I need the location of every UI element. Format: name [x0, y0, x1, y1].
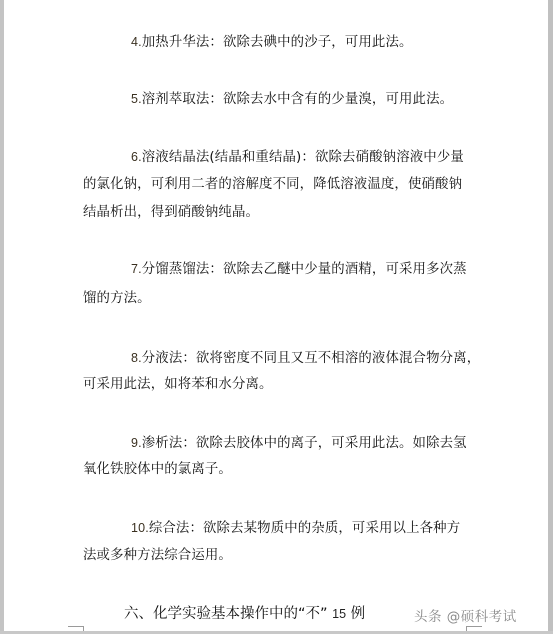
paragraph-item-8-line-2: 可采用此法，如将苯和水分离。	[83, 377, 273, 393]
paragraph-item-10: 10.综合法：欲除去某物质中的杂质，可采用以上各种方	[131, 520, 460, 537]
paragraph-item-7: 7.分馏蒸馏法：欲除去乙醚中少量的酒精，可采用多次蒸	[131, 261, 467, 278]
paragraph-line: 馏的方法。	[83, 291, 151, 306]
item-number: 8.	[131, 351, 142, 365]
paragraph-item-6-line-2: 的氯化钠，可利用二者的溶解度不同，降低溶液温度，使硝酸钠	[83, 177, 462, 193]
paragraph-line: 溶剂萃取法：欲除去水中含有的少量溴，可用此法。	[142, 92, 453, 107]
item-number: 6.	[131, 150, 142, 164]
paragraph-line: 的氯化钠，可利用二者的溶解度不同，降低溶液温度，使硝酸钠	[83, 177, 462, 192]
paragraph-line: 法或多种方法综合运用。	[83, 548, 232, 563]
paragraph-line: 溶液结晶法(结晶和重结晶)：欲除去硝酸钠溶液中少量	[142, 150, 464, 165]
paragraph-line: 综合法：欲除去某物质中的杂质，可采用以上各种方	[149, 521, 460, 536]
crop-mark-bottom-left-horizontal	[68, 626, 84, 627]
section-heading-suffix: 例	[351, 606, 366, 622]
paragraph-line: 结晶析出，得到硝酸钠纯晶。	[83, 205, 259, 220]
item-number: 4.	[131, 35, 142, 49]
paragraph-line: 渗析法：欲除去胶体中的离子，可采用此法。如除去氢	[142, 436, 467, 451]
paragraph-item-5: 5.溶剂萃取法：欲除去水中含有的少量溴，可用此法。	[131, 91, 453, 108]
crop-mark-bottom-right-horizontal	[466, 626, 482, 627]
watermark: 头条 @硕科考试	[414, 605, 517, 625]
paragraph-line: 分馏蒸馏法：欲除去乙醚中少量的酒精，可采用多次蒸	[142, 262, 467, 277]
item-number: 5.	[131, 92, 142, 106]
item-number: 10.	[131, 521, 149, 535]
paragraph-line: 分液法：欲将密度不同且又互不相溶的液体混合物分离，	[142, 351, 481, 366]
paragraph-item-6-line-3: 结晶析出，得到硝酸钠纯晶。	[83, 205, 259, 221]
crop-mark-bottom-left-vertical	[83, 626, 84, 631]
section-heading: 六、化学实验基本操作中的“不” 15 例	[124, 605, 365, 623]
section-heading-prefix: 六、化学实验基本操作中的“不”	[124, 606, 328, 622]
paragraph-item-9: 9.渗析法：欲除去胶体中的离子，可采用此法。如除去氢	[131, 435, 467, 452]
paragraph-item-8: 8.分液法：欲将密度不同且又互不相溶的液体混合物分离，	[131, 350, 480, 367]
paragraph-item-6: 6.溶液结晶法(结晶和重结晶)：欲除去硝酸钠溶液中少量	[131, 149, 464, 166]
paragraph-line: 加热升华法：欲除去碘中的沙子，可用此法。	[142, 35, 413, 50]
crop-mark-bottom-right-vertical	[466, 626, 467, 631]
paragraph-item-7-line-2: 馏的方法。	[83, 291, 151, 307]
paragraph-item-9-line-2: 氧化铁胶体中的氯离子。	[83, 462, 232, 478]
paragraph-line: 可采用此法，如将苯和水分离。	[83, 377, 273, 392]
right-scrollbar-gutter[interactable]	[548, 0, 553, 634]
item-number: 7.	[131, 262, 142, 276]
paragraph-line: 氧化铁胶体中的氯离子。	[83, 462, 232, 477]
paragraph-item-10-line-2: 法或多种方法综合运用。	[83, 548, 232, 564]
paragraph-item-4: 4.加热升华法：欲除去碘中的沙子，可用此法。	[131, 34, 413, 51]
section-heading-count: 15	[332, 607, 346, 621]
item-number: 9.	[131, 436, 142, 450]
